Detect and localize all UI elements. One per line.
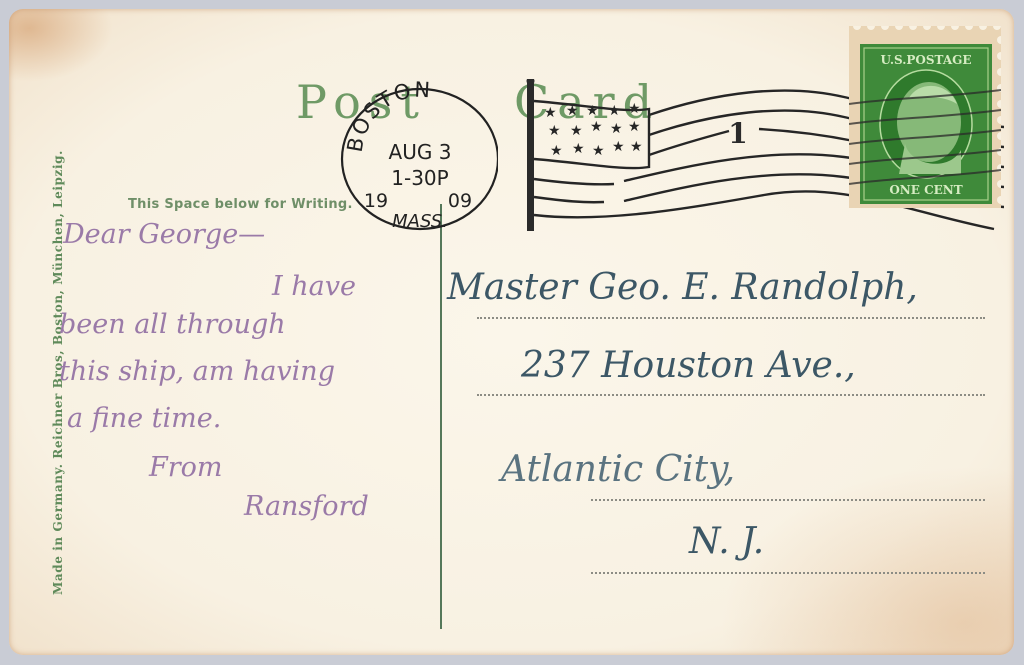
postmark-state: MASS. bbox=[392, 211, 448, 231]
boston-postmark: BOSTON AUG 3 1-30P 19 09 MASS. bbox=[340, 81, 498, 231]
writing-space-label: This Space below for Writing. bbox=[128, 197, 353, 212]
svg-text:★: ★ bbox=[590, 119, 603, 135]
message-line: been all through bbox=[59, 309, 286, 340]
svg-text:★: ★ bbox=[592, 143, 605, 159]
cancel-number: 1 bbox=[728, 117, 747, 150]
postmark-time: 1-30P bbox=[391, 166, 448, 190]
address-rule bbox=[477, 394, 985, 396]
svg-text:★: ★ bbox=[628, 119, 641, 135]
stamp-top-label: U.S.POSTAGE bbox=[880, 53, 971, 67]
message-line: From bbox=[149, 452, 223, 483]
address-line-state: N. J. bbox=[689, 521, 764, 562]
stamp-bottom-label: ONE CENT bbox=[889, 183, 962, 197]
address-line-city: Atlantic City, bbox=[501, 449, 735, 490]
svg-text:★: ★ bbox=[544, 105, 557, 121]
svg-text:★: ★ bbox=[548, 123, 561, 139]
postcard: Made in Germany. Reichner Bros, Boston, … bbox=[9, 9, 1014, 655]
address-rule bbox=[477, 317, 985, 319]
svg-text:★: ★ bbox=[630, 139, 643, 155]
svg-text:★: ★ bbox=[572, 141, 585, 157]
postmark-year-left: 19 bbox=[364, 190, 388, 212]
message-line: this ship, am having bbox=[59, 356, 335, 387]
message-line: a fine time. bbox=[67, 403, 221, 434]
svg-text:★: ★ bbox=[628, 101, 641, 117]
address-rule bbox=[591, 499, 985, 501]
one-cent-stamp: U.S.POSTAGE ONE CENT bbox=[849, 26, 1001, 208]
svg-text:★: ★ bbox=[570, 123, 583, 139]
svg-text:★: ★ bbox=[612, 139, 625, 155]
address-line-name: Master Geo. E. Randolph, bbox=[447, 267, 918, 308]
svg-text:★: ★ bbox=[610, 121, 623, 137]
message-signature: Ransford bbox=[244, 491, 369, 522]
svg-text:★: ★ bbox=[608, 103, 621, 119]
message-line: I have bbox=[272, 271, 356, 302]
postmark-year-right: 09 bbox=[448, 190, 472, 212]
svg-text:★: ★ bbox=[586, 103, 599, 119]
address-line-street: 237 Houston Ave., bbox=[521, 345, 856, 386]
postmark-date: AUG 3 bbox=[389, 140, 452, 164]
address-rule bbox=[591, 572, 985, 574]
message-line: Dear George— bbox=[63, 219, 265, 250]
center-divider bbox=[440, 204, 442, 629]
svg-text:★: ★ bbox=[550, 143, 563, 159]
svg-text:★: ★ bbox=[566, 103, 579, 119]
